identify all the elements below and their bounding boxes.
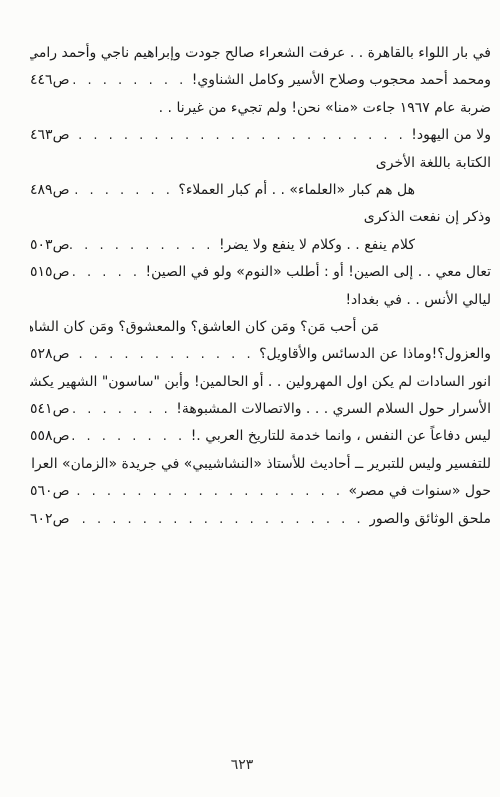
toc-line: كلام ينفع . . وكلام لا ينفع ولا يضر! . .… <box>30 232 491 259</box>
page-ref: ص٥٢٨ <box>30 341 70 368</box>
page-ref: ص٥٦٠ <box>30 478 70 505</box>
toc-line: ضربة عام ١٩٦٧ جاءت «منا» نحن! ولم تجيء م… <box>30 95 491 122</box>
page-ref: ص٥٥٨ <box>30 423 70 450</box>
toc-entry-text: الكتابة باللغة الأخرى <box>376 150 491 177</box>
toc-entry-text: الأسرار حول السلام السري . . . والاتصالا… <box>176 396 491 423</box>
toc-entry-text: ملحق الوثائق والصور <box>369 506 491 533</box>
toc-entry-text: للتفسير وليس للتبرير ــ أحاديث للأستاذ «… <box>30 451 491 478</box>
page-ref: ص٥٤١ <box>30 396 70 423</box>
toc-line: حول «سنوات في مصر» . . . . . . . . . . .… <box>30 478 491 505</box>
toc-line: مَن أحب مَن؟ ومَن كان العاشق؟ والمعشوق؟ … <box>30 314 491 341</box>
page-ref: ص٤٤٦ <box>30 67 70 94</box>
table-of-contents: في بار اللواء بالقاهرة . . عرفت الشعراء … <box>30 40 491 533</box>
toc-line: للتفسير وليس للتبرير ــ أحاديث للأستاذ «… <box>30 451 491 478</box>
dot-leader: . . . . . . . . . . . . . . . . . . . . … <box>70 506 370 533</box>
toc-line: الأسرار حول السلام السري . . . والاتصالا… <box>30 396 491 423</box>
toc-entry-text: في بار اللواء بالقاهرة . . عرفت الشعراء … <box>30 40 491 67</box>
toc-line: وذكر إن نفعت الذكرى <box>30 204 491 231</box>
toc-line: ليس دفاعاً عن النفس ، وانما خدمة للتاريخ… <box>30 423 491 450</box>
toc-line: والعزول؟!وماذا عن الدسائس والأقاويل؟ . .… <box>30 341 491 368</box>
toc-entry-text: ليس دفاعاً عن النفس ، وانما خدمة للتاريخ… <box>191 423 491 450</box>
toc-entry-text: تعال معي . . إلى الصين! أو : أطلب «النوم… <box>145 259 491 286</box>
dot-leader: . . . . . . . . . . . . . . . . . . . . … <box>70 341 260 368</box>
dot-leader: . . . . . . . . . . . . . . . . . . . . … <box>70 232 219 259</box>
toc-entry-text: ليالي الأنس . . في بغداد! <box>345 287 491 314</box>
toc-line: ومحمد أحمد محجوب وصلاح الأسير وكامل الشن… <box>30 67 491 94</box>
toc-line: هل هم كبار «العلماء» . . أم كبار العملاء… <box>30 177 491 204</box>
toc-line: ملحق الوثائق والصور . . . . . . . . . . … <box>30 506 491 533</box>
page-ref: ص٥٠٣ <box>30 232 70 259</box>
dot-leader: . . . . . . . . . . . . . . . . . . . . … <box>70 423 191 450</box>
toc-entry-text: ومحمد أحمد محجوب وصلاح الأسير وكامل الشن… <box>192 67 491 94</box>
toc-entry-text: مَن أحب مَن؟ ومَن كان العاشق؟ والمعشوق؟ … <box>30 314 379 341</box>
dot-leader: . . . . . . . . . . . . . . . . . . . . … <box>70 396 177 423</box>
book-page: في بار اللواء بالقاهرة . . عرفت الشعراء … <box>0 0 500 797</box>
toc-entry-text: هل هم كبار «العلماء» . . أم كبار العملاء… <box>178 177 415 204</box>
dot-leader: . . . . . . . . . . . . . . . . . . . . … <box>70 67 192 94</box>
dot-leader: . . . . . . . . . . . . . . . . . . . . … <box>70 259 146 286</box>
toc-entry-text: وذكر إن نفعت الذكرى <box>364 204 491 231</box>
dot-leader: . . . . . . . . . . . . . . . . . . . . … <box>70 122 412 149</box>
page-ref: ص٤٨٩ <box>30 177 70 204</box>
toc-line: تعال معي . . إلى الصين! أو : أطلب «النوم… <box>30 259 491 286</box>
toc-entry-text: كلام ينفع . . وكلام لا ينفع ولا يضر! <box>219 232 415 259</box>
dot-leader: . . . . . . . . . . . . . . . . . . . . … <box>70 177 179 204</box>
toc-line: انور السادات لم يكن اول المهرولين . . أو… <box>30 369 491 396</box>
page-ref: ص٦٠٢ <box>30 506 70 533</box>
toc-entry-text: انور السادات لم يكن اول المهرولين . . أو… <box>30 369 491 396</box>
toc-line: ليالي الأنس . . في بغداد! <box>30 287 491 314</box>
toc-entry-text: والعزول؟!وماذا عن الدسائس والأقاويل؟ <box>259 341 491 368</box>
folio-page-number: ٦٢٣ <box>0 757 484 773</box>
page-ref: ص٥١٥ <box>30 259 70 286</box>
toc-line: الكتابة باللغة الأخرى <box>30 150 491 177</box>
toc-entry-text: حول «سنوات في مصر» <box>348 478 491 505</box>
toc-entry-text: ولا من اليهود! <box>411 122 491 149</box>
toc-line: ولا من اليهود! . . . . . . . . . . . . .… <box>30 122 491 149</box>
toc-entry-text: ضربة عام ١٩٦٧ جاءت «منا» نحن! ولم تجيء م… <box>159 95 491 122</box>
toc-line: في بار اللواء بالقاهرة . . عرفت الشعراء … <box>30 40 491 67</box>
page-ref: ص٤٦٣ <box>30 122 70 149</box>
dot-leader: . . . . . . . . . . . . . . . . . . . . … <box>70 478 349 505</box>
